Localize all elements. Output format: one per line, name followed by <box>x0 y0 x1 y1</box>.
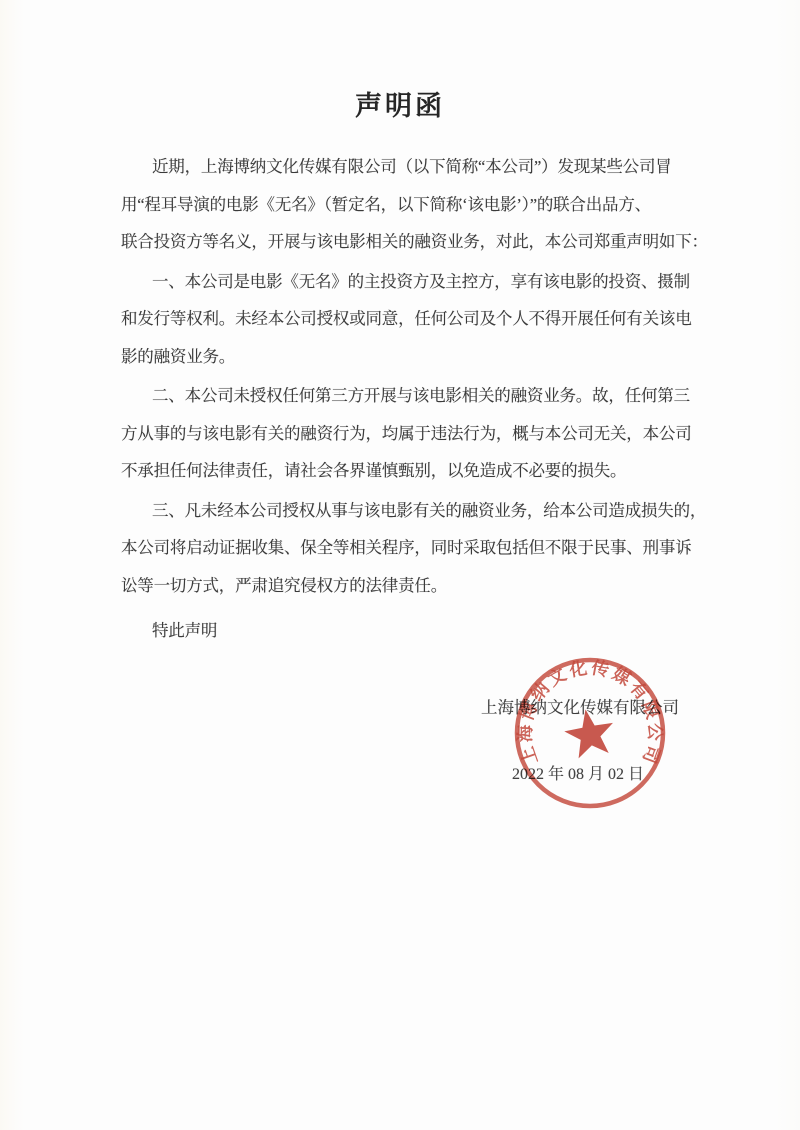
item-1-paragraph: 一、本公司是电影《无名》的主投资方及主控方，享有该电影的投资、摄制 和发行等权利… <box>121 263 687 376</box>
statement-line: 三、凡未经本公司授权从事与该电影有关的融资业务，给本公司造成损失的， <box>121 492 687 530</box>
statement-line: 和发行等权利。未经本公司授权或同意，任何公司及个人不得开展任何有关该电 <box>121 300 687 338</box>
statement-line: 近期，上海博纳文化传媒有限公司（以下简称“本公司”）发现某些公司冒 <box>121 148 687 186</box>
statement-line: 一、本公司是电影《无名》的主投资方及主控方，享有该电影的投资、摄制 <box>121 263 687 301</box>
statement-line: 影的融资业务。 <box>121 338 687 376</box>
closing-line: 特此声明 <box>121 612 687 650</box>
statement-line: 讼等一切方式，严肃追究侵权方的法律责任。 <box>121 567 687 605</box>
seal-ring-text: 上海博纳文化传媒有限公司 <box>515 657 665 769</box>
document-body: 近期，上海博纳文化传媒有限公司（以下简称“本公司”）发现某些公司冒 用“程耳导演… <box>121 148 687 650</box>
statement-line: 用“程耳导演的电影《无名》（暂定名，以下简称‘该电影’）”的联合出品方、 <box>121 186 687 224</box>
statement-line: 不承担任何法律责任，请社会各界谨慎甄别，以免造成不必要的损失。 <box>121 452 687 490</box>
document-title: 声明函 <box>0 84 800 123</box>
statement-line: 联合投资方等名义，开展与该电影相关的融资业务，对此，本公司郑重声明如下： <box>121 223 687 261</box>
svg-text:上海博纳文化传媒有限公司: 上海博纳文化传媒有限公司 <box>515 657 665 769</box>
item-3-paragraph: 三、凡未经本公司授权从事与该电影有关的融资业务，给本公司造成损失的， 本公司将启… <box>121 492 687 605</box>
statement-line: 二、本公司未授权任何第三方开展与该电影相关的融资业务。故，任何第三 <box>121 377 687 415</box>
intro-paragraph: 近期，上海博纳文化传媒有限公司（以下简称“本公司”）发现某些公司冒 用“程耳导演… <box>121 148 687 261</box>
statement-letter-page: 声明函 近期，上海博纳文化传媒有限公司（以下简称“本公司”）发现某些公司冒 用“… <box>0 0 800 1130</box>
seal-star-icon <box>561 705 618 760</box>
item-2-paragraph: 二、本公司未授权任何第三方开展与该电影相关的融资业务。故，任何第三 方从事的与该… <box>121 377 687 490</box>
company-seal: 上海博纳文化传媒有限公司 <box>505 648 675 818</box>
statement-line: 本公司将启动证据收集、保全等相关程序，同时采取包括但不限于民事、刑事诉 <box>121 529 687 567</box>
statement-line: 方从事的与该电影有关的融资行为，均属于违法行为，概与本公司无关，本公司 <box>121 415 687 453</box>
